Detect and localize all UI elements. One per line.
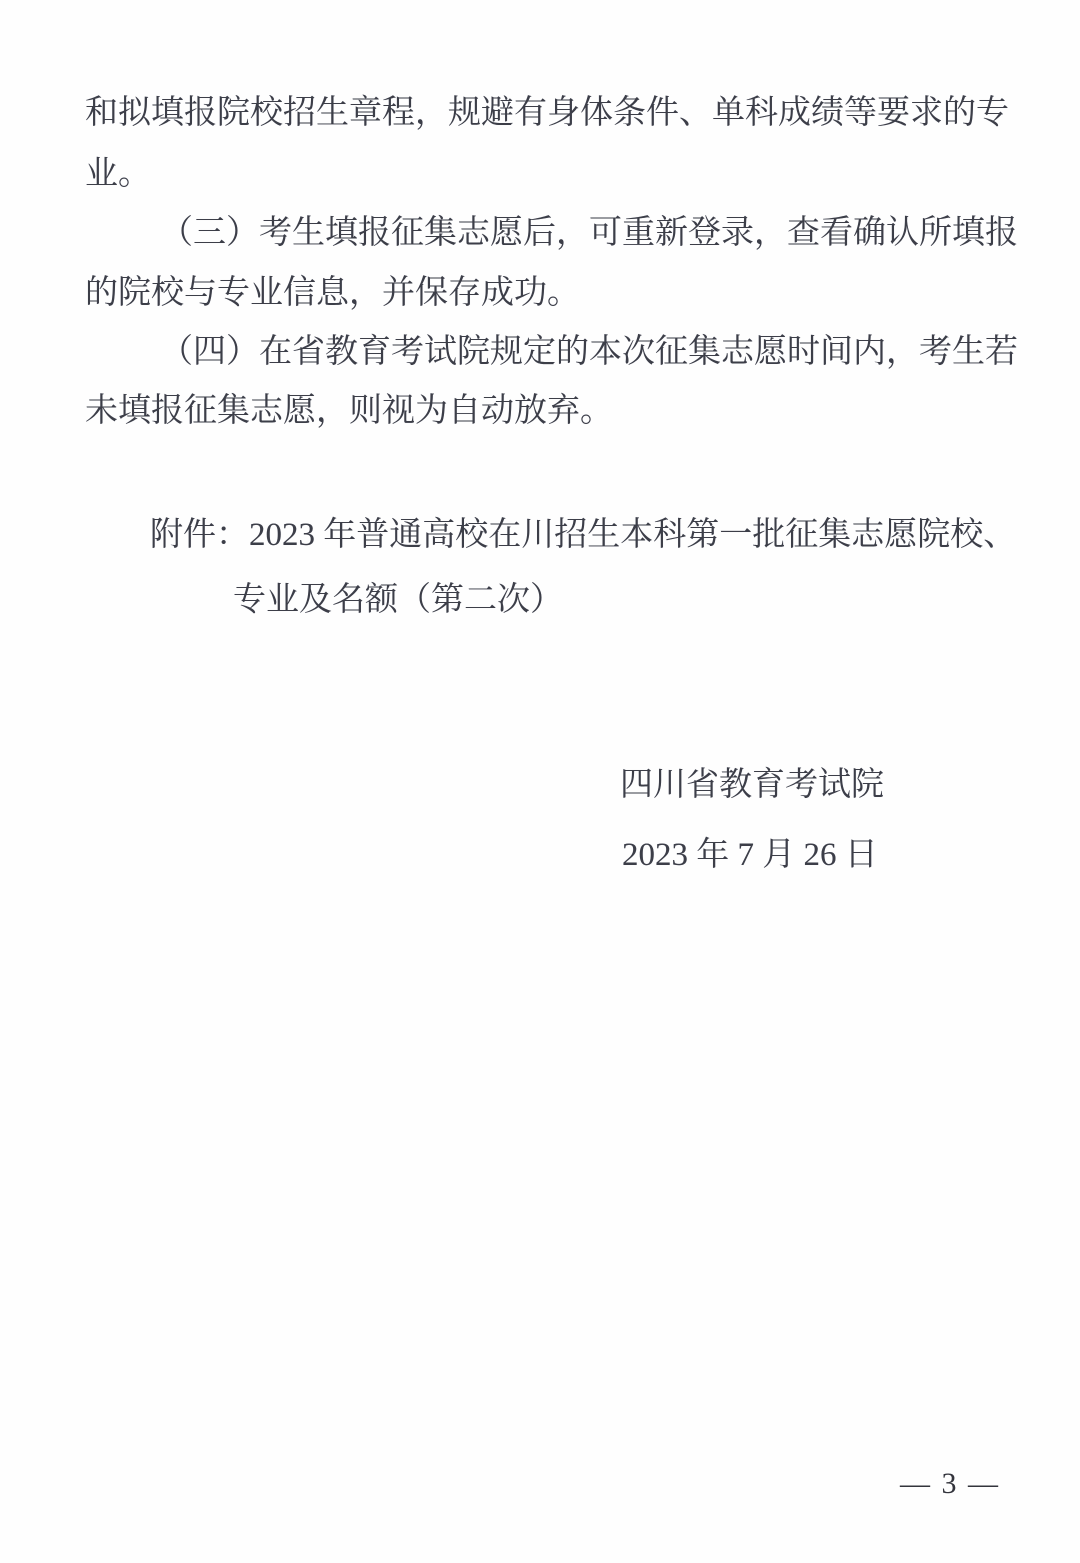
attachment-line: 专业及名额（第二次）: [233, 581, 563, 621]
body-text-line: 未填报征集志愿，则视为自动放弃。: [85, 392, 613, 432]
body-text-line: 业。: [85, 155, 151, 195]
body-text-line: （三）考生填报征集志愿后，可重新登录，查看确认所填报: [160, 214, 1018, 254]
scanned-document-page: 和拟填报院校招生章程，规避有身体条件、单科成绩等要求的专 业。 （三）考生填报征…: [0, 0, 1080, 1563]
signature-date: 2023 年 7 月 26 日: [622, 836, 878, 876]
page-number: — 3 —: [860, 1466, 1040, 1502]
body-text-line: （四）在省教育考试院规定的本次征集志愿时间内，考生若: [160, 333, 1018, 373]
signature-agency: 四川省教育考试院: [620, 766, 884, 806]
attachment-line: 附件：2023 年普通高校在川招生本科第一批征集志愿院校、: [150, 516, 1016, 556]
body-text-line: 和拟填报院校招生章程，规避有身体条件、单科成绩等要求的专: [85, 94, 1009, 134]
body-text-line: 的院校与专业信息，并保存成功。: [85, 274, 580, 314]
